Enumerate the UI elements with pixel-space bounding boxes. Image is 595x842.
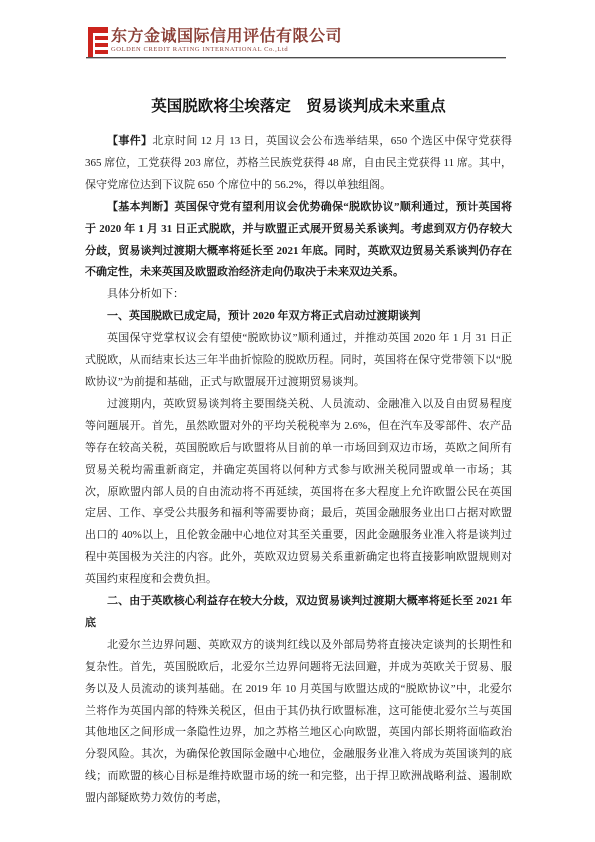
analysis-intro: 具体分析如下： [85, 284, 512, 306]
company-name-cn: 东方金诚国际信用评估有限公司 [111, 27, 342, 46]
document-title: 英国脱欧将尘埃落定 贸易谈判成未来重点 [85, 94, 512, 116]
section-heading-1: 一、英国脱欧已成定局，预计 2020 年双方将正式启动过渡期谈判 [85, 306, 512, 328]
company-logo: 东方金诚国际信用评估有限公司 GOLDEN CREDIT RATING INTE… [88, 27, 595, 57]
event-label: 【事件】 [107, 135, 152, 147]
event-paragraph: 【事件】北京时间 12 月 13 日，英国议会公布选举结果，650 个选区中保守… [85, 131, 512, 197]
header-divider [86, 57, 506, 59]
section2-paragraph-1: 北爱尔兰边界问题、英欧双方的谈判红线以及外部局势将直接决定谈判的长期性和复杂性。… [85, 635, 512, 810]
company-name-en: GOLDEN CREDIT RATING INTERNATIONAL Co.,L… [111, 46, 342, 54]
document-content: 英国脱欧将尘埃落定 贸易谈判成未来重点 【事件】北京时间 12 月 13 日，英… [0, 94, 595, 810]
section-heading-2: 二、由于英欧核心利益存在较大分歧，双边贸易谈判过渡期大概率将延长至 2021 年… [85, 591, 512, 635]
document-page: 东方金诚国际信用评估有限公司 GOLDEN CREDIT RATING INTE… [0, 0, 595, 842]
judgment-paragraph: 【基本判断】英国保守党有望利用议会优势确保“脱欧协议”顺利通过，预计英国将于 2… [85, 197, 512, 285]
company-name-block: 东方金诚国际信用评估有限公司 GOLDEN CREDIT RATING INTE… [111, 27, 342, 54]
section1-paragraph-2: 过渡期内，英欧贸易谈判将主要围绕关税、人员流动、金融准入以及自由贸易程度等问题展… [85, 394, 512, 591]
golden-credit-logo-icon [88, 27, 108, 57]
document-body: 【事件】北京时间 12 月 13 日，英国议会公布选举结果，650 个选区中保守… [85, 131, 512, 810]
page-header: 东方金诚国际信用评估有限公司 GOLDEN CREDIT RATING INTE… [0, 0, 595, 57]
section1-paragraph-1: 英国保守党掌权议会有望使“脱欧协议”顺利通过，并推动英国 2020 年 1 月 … [85, 328, 512, 394]
